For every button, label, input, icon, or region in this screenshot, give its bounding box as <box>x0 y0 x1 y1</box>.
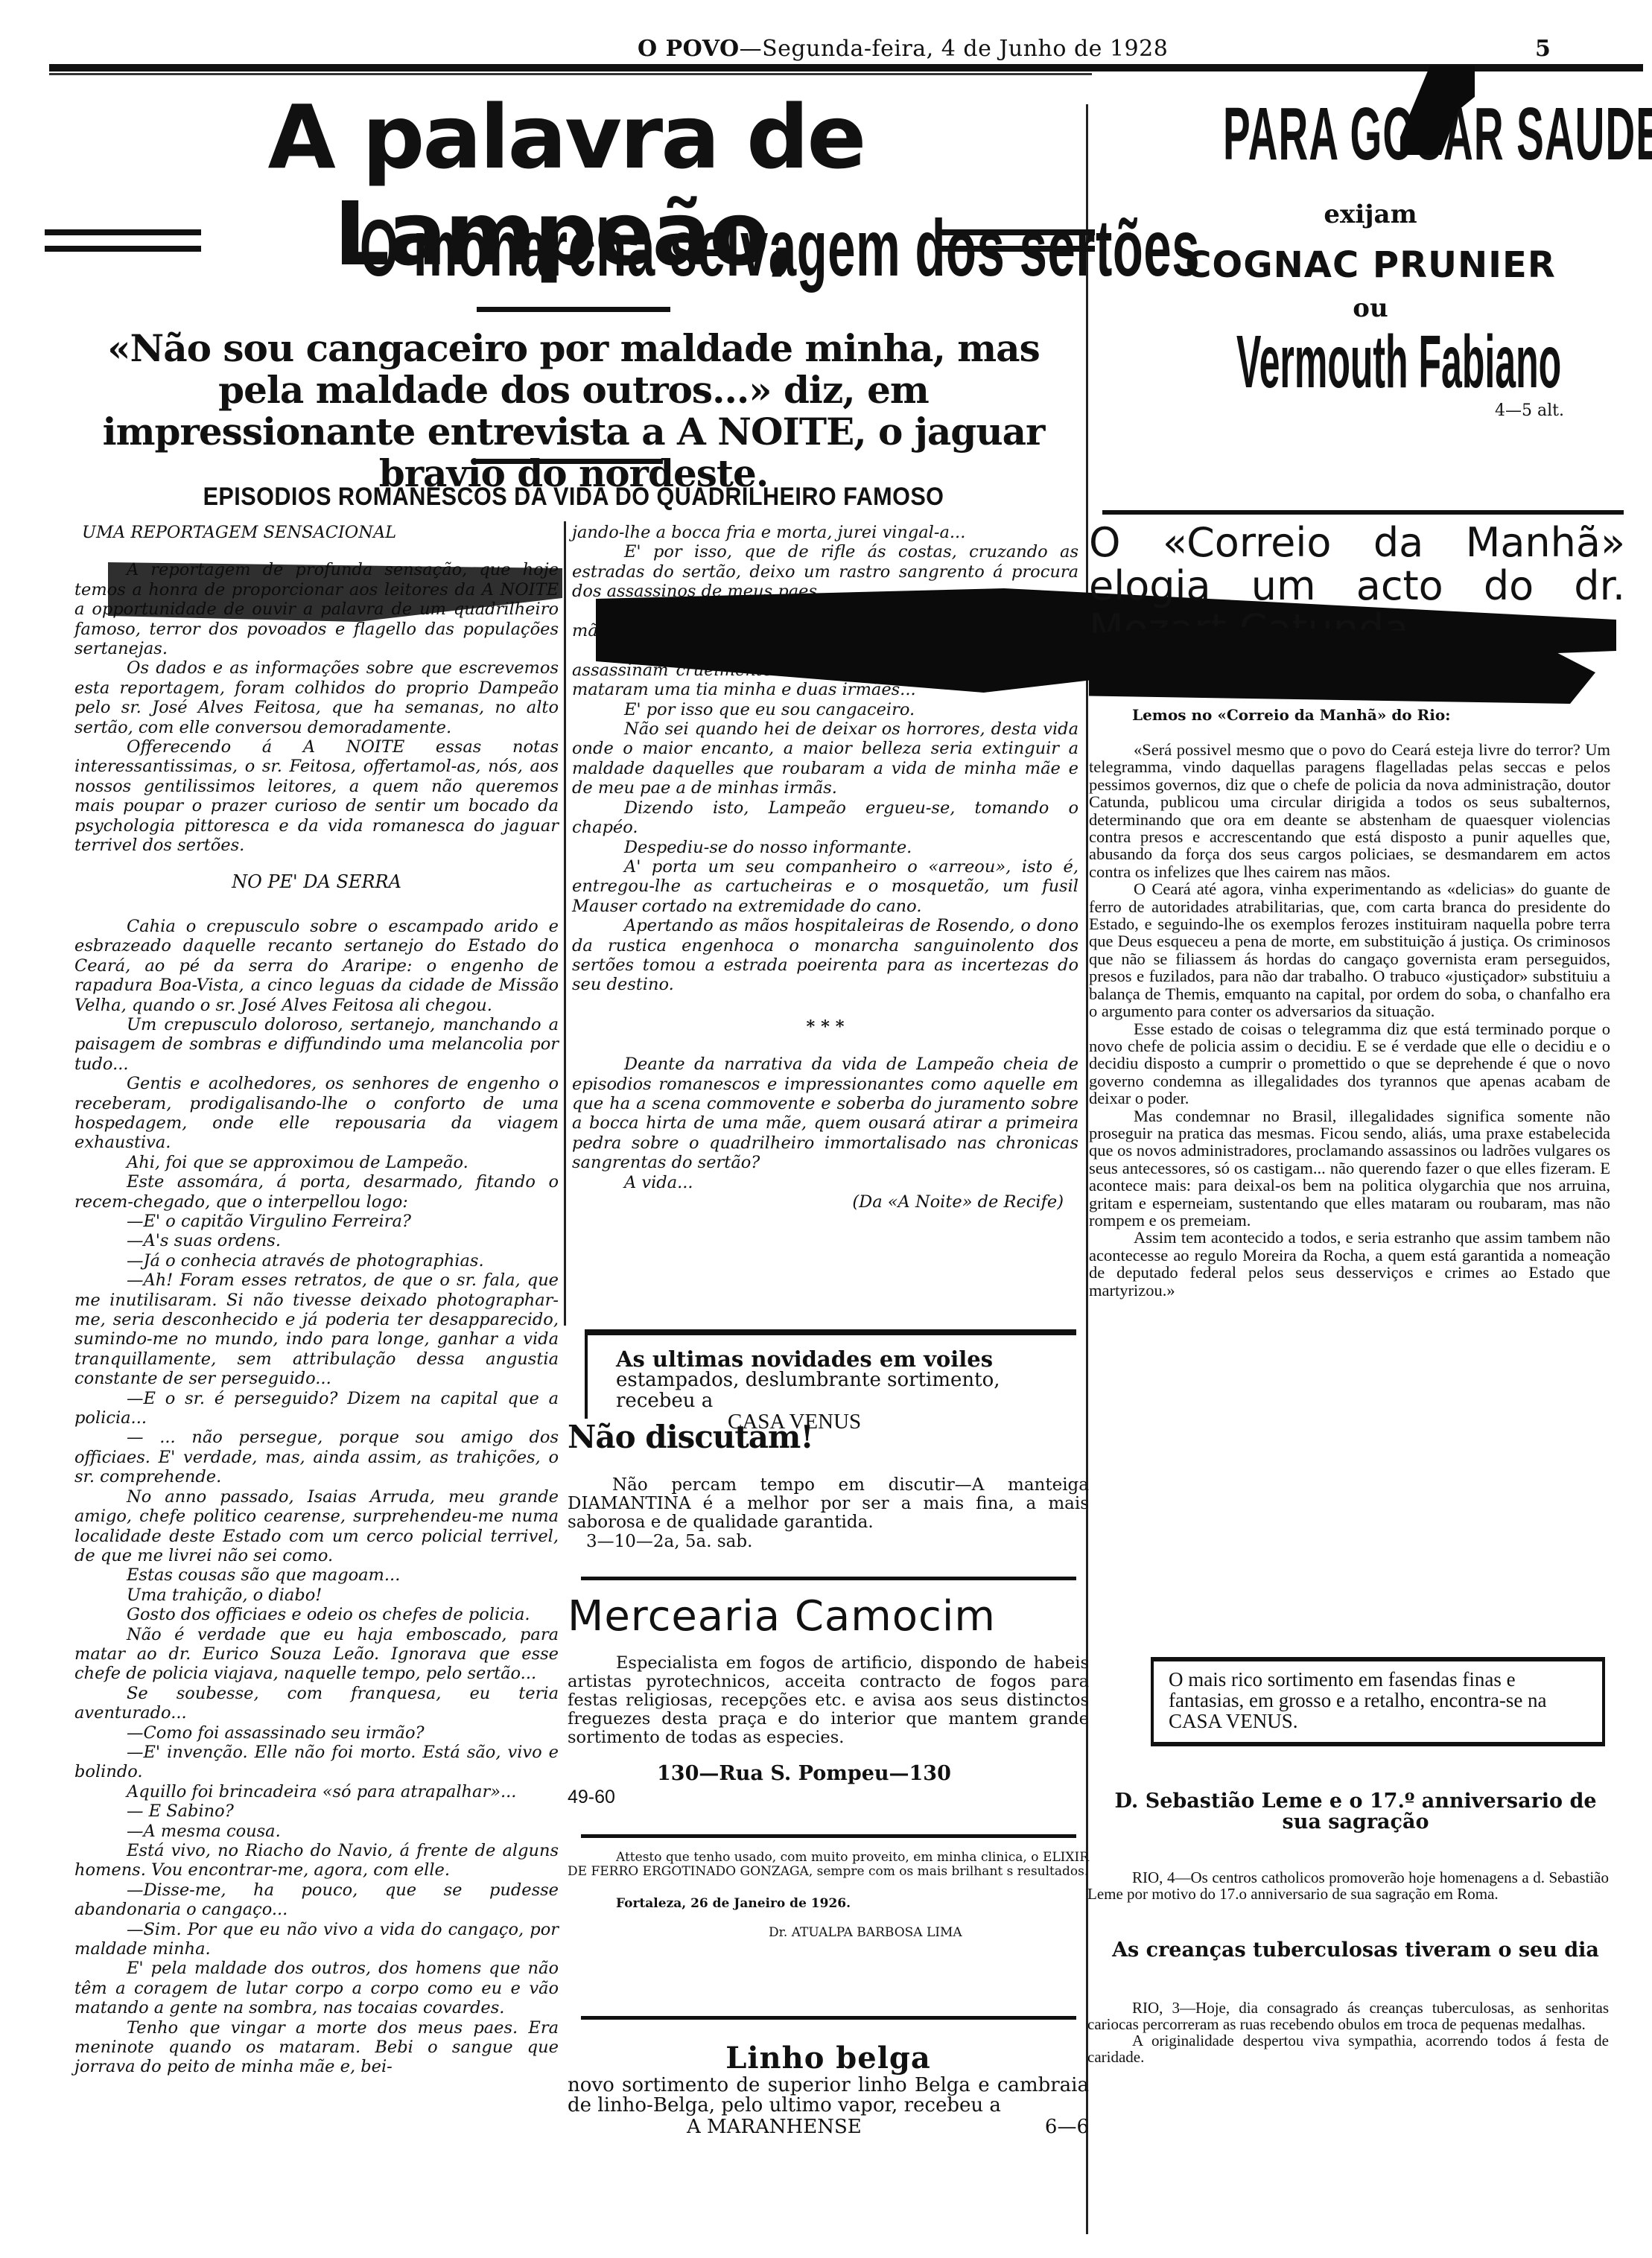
dialogue-line: —A's suas ordens. <box>74 1231 559 1250</box>
ad-mercearia-camocim: Mercearia Camocim Especialista em fogos … <box>568 1592 1089 1808</box>
paragraph: Offerecendo á A NOITE essas notas intere… <box>74 737 559 855</box>
divider-rule <box>477 459 663 464</box>
ad-body: Especialista em fogos de artificio, disp… <box>568 1654 1089 1747</box>
ad-brand: Vermouth Fabiano <box>1236 323 1505 401</box>
ad-body: estampados, deslumbrante sortimento, rec… <box>616 1370 1076 1411</box>
creancas-headline: As creanças tuberculosas tiveram o seu d… <box>1087 1940 1624 1961</box>
dialogue-line: —Ah! Foram esses retratos, de que o sr. … <box>74 1270 559 1388</box>
paragraph: Gosto dos officiaes e odeio os chefes de… <box>74 1605 559 1624</box>
paragraph: Cahia o crepusculo sobre o escampado ari… <box>74 917 559 1015</box>
article-subheadline-block: O monarcha selvagem dos sertões <box>45 201 1095 283</box>
paragraph: RIO, 4—Os centros catholicos promoverão … <box>1087 1869 1609 1902</box>
dialogue-line: —Sim. Por que eu não vivo a vida do cang… <box>74 1920 559 1959</box>
ad-headline: Linho belga <box>568 2041 1089 2076</box>
ad-elixir-gonzaga: Attesto que tenho usado, com muito prove… <box>568 1851 1089 1940</box>
paragraph: Estas cousas são que magoam... <box>74 1565 559 1585</box>
ad-headline: Mercearia Camocim <box>568 1592 1089 1641</box>
paragraph: Mas condemnar no Brasil, illegalidades s… <box>1089 1107 1610 1230</box>
divider-rule <box>581 2016 1076 2020</box>
divider-rule <box>581 1834 1076 1838</box>
paragraph: E' pela maldade dos outros, dos homens q… <box>74 1959 559 2017</box>
dialogue-line: — E Sabino? <box>74 1801 559 1821</box>
paragraph: jando-lhe a bocca fria e morta, jurei vi… <box>572 523 1078 542</box>
ad-casa-venus-voiles: As ultimas novidades em voiles estampado… <box>585 1329 1076 1419</box>
ad-nao-discutam: Não discutam! Não percam tempo em discut… <box>568 1419 1089 1551</box>
ad-line: exijam <box>1102 200 1639 229</box>
paragraph: A' porta um seu companheiro o «arreou», … <box>572 857 1078 916</box>
ad-code: 49-60 <box>568 1787 1089 1808</box>
paragraph: Se soubesse, com franquesa, eu teria ave… <box>74 1684 559 1723</box>
paragraph: Aquillo foi brincadeira «só para atrapal… <box>74 1782 559 1801</box>
dialogue-line: —Como foi assassinado seu irmão? <box>74 1723 559 1743</box>
divider-rule <box>477 307 670 312</box>
ad-headline: Não discutam! <box>568 1419 1089 1455</box>
ad-para-gosar: PARA GOSAR SAUDE exijam COGNAC PRUNIER o… <box>1102 97 1639 420</box>
dialogue-line: — ... não persegue, porque sou amigo dos… <box>74 1428 559 1486</box>
masthead-rule <box>49 64 1643 71</box>
paragraph: E' por isso que eu sou cangaceiro. <box>572 700 1078 719</box>
dialogue-line: —Disse-me, ha pouco, que se pudesse aban… <box>74 1880 559 1920</box>
paper-name: O POVO <box>638 36 740 62</box>
leme-body: RIO, 4—Os centros catholicos promoverão … <box>1087 1869 1609 1902</box>
double-rule-left <box>45 229 201 252</box>
issue-date: —Segunda-feira, 4 de Junho de 1928 <box>740 36 1169 62</box>
ad-place-date: Fortaleza, 26 de Janeiro de 1926. <box>568 1897 1089 1911</box>
dialogue-line: —E' o capitão Virgulino Ferreira? <box>74 1212 559 1231</box>
correio-intro: Lemos no «Correio da Manhã» do Rio: <box>1132 706 1451 724</box>
column-divider <box>564 521 566 1326</box>
dateline: O POVO—Segunda-feira, 4 de Junho de 1928 <box>638 36 1168 62</box>
page-number: 5 <box>1535 36 1551 62</box>
ad-signature: Dr. ATUALPA BARBOSA LIMA <box>568 1926 1089 1940</box>
section-break: * * * <box>572 1017 1078 1037</box>
paragraph: O Ceará até agora, vinha experimentando … <box>1089 880 1610 1020</box>
paragraph: Não sei quando hei de deixar os horrores… <box>572 719 1078 798</box>
ad-store: A MARANHENSE <box>687 2116 862 2138</box>
leme-headline: D. Sebastião Leme e o 17.º anniversario … <box>1087 1791 1624 1833</box>
ad-body-text: Não percam tempo em discutir—A manteiga … <box>568 1476 1089 1532</box>
section-heading: UMA REPORTAGEM SENSACIONAL <box>74 523 559 542</box>
paragraph: Despediu-se do nosso informante. <box>572 838 1078 857</box>
paragraph: Esse estado de coisas o telegramma diz q… <box>1089 1020 1610 1107</box>
masthead-rule-thin <box>49 73 1092 75</box>
paragraph: «Será possivel mesmo que o povo do Ceará… <box>1089 741 1610 880</box>
ad-address: 130—Rua S. Pompeu—130 <box>568 1762 1089 1785</box>
ad-casa-venus-fasendas: O mais rico sortimento em fasendas finas… <box>1151 1657 1605 1746</box>
dialogue-line: —Já o conhecia através de photographias. <box>74 1251 559 1270</box>
paragraph: Não é verdade que eu haja emboscado, par… <box>74 1625 559 1684</box>
ink-damage <box>1089 626 1595 704</box>
article-column-1: UMA REPORTAGEM SENSACIONAL A reportagem … <box>74 523 559 2077</box>
paragraph: Ahi, foi que se approximou de Lampeão. <box>74 1153 559 1172</box>
paragraph: Este assomára, á porta, desarmado, fitan… <box>74 1172 559 1212</box>
correio-body: «Será possivel mesmo que o povo do Ceará… <box>1089 741 1610 1299</box>
paragraph: Assim tem acontecido a todos, e seria es… <box>1089 1229 1610 1299</box>
ad-body: Attesto que tenho usado, com muito prove… <box>568 1851 1089 1879</box>
source-credit: (Da «A Noite» de Recife) <box>572 1192 1078 1212</box>
dialogue-line: —A mesma cousa. <box>74 1822 559 1841</box>
ad-linho-belga: Linho belga novo sortimento de superior … <box>568 2041 1089 2137</box>
paragraph: A originalidade despertou viva sympathia… <box>1087 2032 1609 2065</box>
ad-code: 4—5 alt. <box>1102 401 1639 420</box>
ad-brand: COGNAC PRUNIER <box>1102 244 1639 286</box>
paragraph: Está vivo, no Riacho do Navio, á frente … <box>74 1841 559 1880</box>
creancas-body: RIO, 3—Hoje, dia consagrado ás creanças … <box>1087 2000 1609 2065</box>
ad-headline: As ultimas novidades em voiles <box>616 1349 1076 1370</box>
article-lead: «Não sou cangaceiro por maldade minha, m… <box>60 328 1087 494</box>
ad-body: novo sortimento de superior linho Belga … <box>568 2076 1089 2116</box>
masthead: O POVO—Segunda-feira, 4 de Junho de 1928… <box>49 36 1643 66</box>
ad-body: Não percam tempo em discutir—A manteiga … <box>568 1476 1089 1532</box>
article-subheadline: O monarcha selvagem dos sertões <box>360 201 780 294</box>
ad-code: 6—6 <box>1045 2116 1089 2138</box>
paragraph: Tenho que vingar a morte dos meus paes. … <box>74 2018 559 2077</box>
paragraph: RIO, 3—Hoje, dia consagrado ás creanças … <box>1087 2000 1609 2032</box>
ad-body-text: Especialista em fogos de artificio, disp… <box>568 1654 1089 1747</box>
ad-headline: PARA GOSAR SAUDE <box>1223 97 1518 171</box>
divider-rule <box>581 1577 1076 1580</box>
paragraph: Apertando as mãos hospitaleiras de Rosen… <box>572 916 1078 995</box>
paragraph: Dizendo isto, Lampeão ergueu-se, tomando… <box>572 798 1078 838</box>
paragraph: Os dados e as informações sobre que escr… <box>74 658 559 737</box>
double-rule-right <box>938 229 1095 252</box>
paragraph: Uma trahição, o diabo! <box>74 1586 559 1605</box>
ad-code: 3—10—2a, 5a. sab. <box>568 1532 1089 1551</box>
article-kicker: EPISODIOS ROMANESCOS DA VIDA DO QUADRILH… <box>138 483 1009 512</box>
paragraph: Gentis e acolhedores, os senhores de eng… <box>74 1074 559 1153</box>
dialogue-line: —E o sr. é perseguido? Dizem na capital … <box>74 1389 559 1428</box>
dialogue-line: —E' invenção. Elle não foi morto. Está s… <box>74 1743 559 1782</box>
ad-line: ou <box>1102 293 1639 323</box>
paragraph: No anno passado, Isaias Arruda, meu gran… <box>74 1487 559 1566</box>
divider-rule <box>1102 510 1624 515</box>
section-heading: NO PE' DA SERRA <box>74 872 559 891</box>
ad-footer: A MARANHENSE 6—6 <box>568 2116 1089 2137</box>
paragraph: Um crepusculo doloroso, sertanejo, manch… <box>74 1015 559 1074</box>
paragraph: A vida... <box>572 1173 1078 1192</box>
paragraph: Deante da narrativa da vida de Lampeão c… <box>572 1055 1078 1172</box>
